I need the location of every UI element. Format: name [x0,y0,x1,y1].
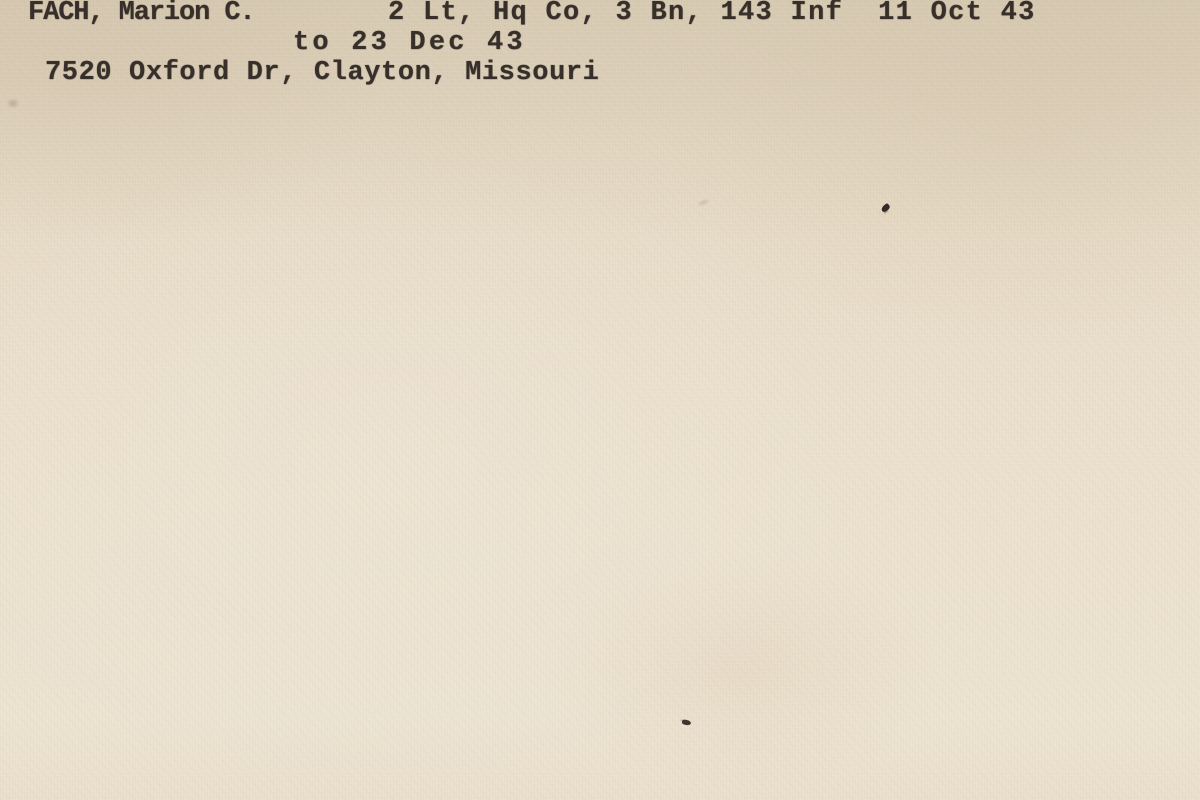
service-date-continuation-text: to 23 Dec 43 [293,27,526,59]
index-card-scan: FACH, Marion C. 2 Lt, Hq Co, 3 Bn, 143 I… [0,0,1200,800]
paper-smudge [6,98,20,109]
paper-speck [880,203,891,213]
paper-smudge [695,196,712,208]
name-text: FACH, Marion C. [28,0,255,29]
paper-texture [0,0,1200,800]
paper-speck [682,719,692,726]
service-unit-date-text: 2 Lt, Hq Co, 3 Bn, 143 Inf 11 Oct 43 [388,0,1036,29]
address-text: 7520 Oxford Dr, Clayton, Missouri [45,57,600,89]
